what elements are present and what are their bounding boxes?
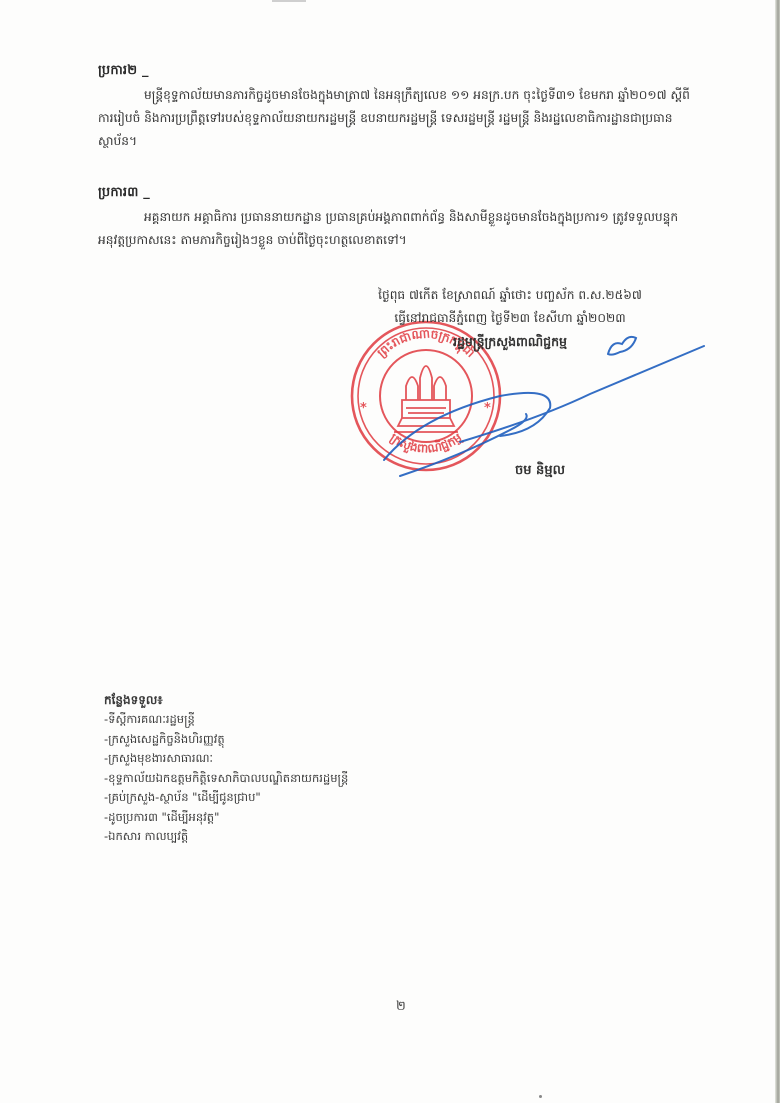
signer-name: ចម និម្មល	[490, 462, 590, 481]
signature-block: ថ្ងៃពុធ ៧កើត ខែស្រាពណ៍ ឆ្នាំថោះ បញ្ចស័ក …	[340, 284, 680, 353]
recipient-item: -ឯកសារ កាលប្បវត្តិ	[104, 827, 348, 847]
svg-text:*: *	[360, 401, 367, 416]
recipient-item: -គ្រប់ក្រសួង-ស្ថាប័ន "ដើម្បីជូនជ្រាប"	[104, 788, 348, 808]
recipients-list: កន្លែងទទួល៖ -ទីស្តីការគណៈរដ្ឋមន្ត្រី -ក្…	[104, 690, 348, 847]
article-3-heading: ប្រការ៣ _	[98, 184, 150, 203]
recipient-item: -ទីស្តីការគណៈរដ្ឋមន្ត្រី	[104, 710, 348, 730]
signer-title: រដ្ឋមន្ត្រីក្រសួងពាណិជ្ជកម្ម	[340, 330, 680, 353]
svg-text:ក្រសួងពាណិជ្ជកម្ម: ក្រសួងពាណិជ្ជកម្ម	[387, 430, 465, 456]
scan-edge	[775, 0, 780, 1103]
scan-mark	[272, 0, 306, 2]
recipient-item: -ខុទ្ទកាល័យឯកឧត្តមកិត្តិទេសាភិបាលបណ្ឌិតន…	[104, 769, 348, 789]
article-3-paragraph: អគ្គនាយក អគ្គាធិការ ប្រធាននាយកដ្ឋាន ប្រធ…	[98, 206, 698, 252]
article-2-paragraph: មន្ត្រីខុទ្ទកាល័យមានភារកិច្ចដូចមានចែងក្ន…	[98, 84, 698, 153]
recipient-item: -ក្រសួងមុខងារសាធារណៈ	[104, 749, 348, 769]
recipient-item: -ដូចប្រការ៣ "ដើម្បីអនុវត្ត"	[104, 808, 348, 828]
document-page: ប្រការ២ _ មន្ត្រីខុទ្ទកាល័យមានភារកិច្ចដូ…	[0, 0, 780, 1103]
lunar-date: ថ្ងៃពុធ ៧កើត ខែស្រាពណ៍ ឆ្នាំថោះ បញ្ចស័ក …	[340, 284, 680, 307]
recipients-title: កន្លែងទទួល៖	[104, 690, 348, 710]
page-number: ២	[396, 998, 406, 1017]
article-2-heading: ប្រការ២ _	[98, 62, 149, 81]
scan-speck	[539, 1095, 542, 1098]
recipient-item: -ក្រសួងសេដ្ឋកិច្ចនិងហិរញ្ញវត្ថុ	[104, 730, 348, 750]
svg-text:*: *	[484, 401, 491, 416]
article-3-text: អគ្គនាយក អគ្គាធិការ ប្រធាននាយកដ្ឋាន ប្រធ…	[98, 210, 678, 247]
place-and-date: ធ្វើនៅរាជធានីភ្នំពេញ ថ្ងៃទី២៣ ខែសីហា ឆ្ន…	[340, 307, 680, 330]
stamp-bottom-text: ក្រសួងពាណិជ្ជកម្ម	[387, 430, 465, 456]
article-2-text: មន្ត្រីខុទ្ទកាល័យមានភារកិច្ចដូចមានចែងក្ន…	[98, 88, 690, 148]
